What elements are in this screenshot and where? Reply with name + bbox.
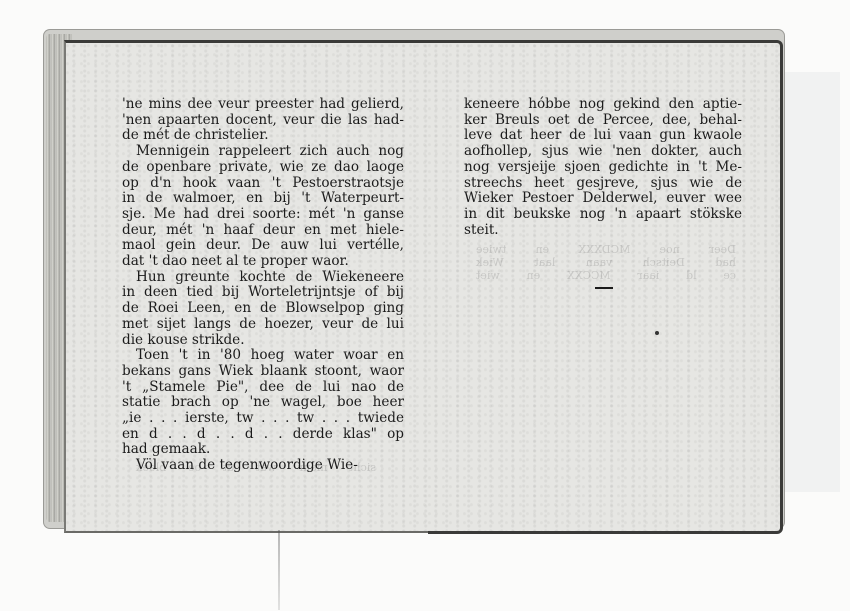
- scanned-book-spread: sicht nieur wat dt oe bleek 'ne mins dee…: [0, 0, 850, 611]
- text-line: sje. Me had drei soorte: mét 'n ganse: [122, 207, 404, 223]
- text-line: bekans gans Wiek blaank stoont, waor: [122, 364, 404, 380]
- text-line: Wieker Pestoer Delderwel, euver wee: [464, 191, 742, 207]
- paper-fold-crease: [278, 530, 280, 610]
- section-separator-dash: [595, 287, 613, 289]
- text-line: streechs heet gesjreve, sjus wie de: [464, 176, 742, 192]
- left-page-text: 'ne mins dee veur preester had gelierd,'…: [122, 97, 404, 474]
- text-line: statie brach op 'ne wagel, boe heer: [122, 395, 404, 411]
- text-line: in deen tied bij Worteletrijntsje of bij: [122, 285, 404, 301]
- text-line: Mennigein rappeleert zich auch nog: [122, 144, 404, 160]
- text-line: de Roei Leen, en de Blowselpop ging: [122, 301, 404, 317]
- bleed-through-text-right: Deer noe MCDXXX en twiee had Deitsch vaa…: [476, 243, 736, 282]
- text-line: 't „Stamele Pie", dee de lui nao de: [122, 380, 404, 396]
- text-line: nog versjeije sjoen gedichte in 't Me-: [464, 160, 742, 176]
- text-line: Hun greunte kochte de Wiekeneere: [122, 270, 404, 286]
- text-line: 'ne mins dee veur preester had gelierd,: [122, 97, 404, 113]
- right-page: Deer noe MCDXXX en twiee had Deitsch vaa…: [428, 40, 783, 534]
- text-line: leve dat heer de lui vaan gun kwaole: [464, 128, 742, 144]
- text-line: in dit beukske nog 'n apaart stökske: [464, 207, 742, 223]
- background-page-ghost: [780, 72, 840, 492]
- text-line: op d'n hook vaan 't Pestoerstraotsje: [122, 176, 404, 192]
- text-line: 'nen apaarten docent, veur die las had-: [122, 113, 404, 129]
- text-line: keneere hóbbe nog gekind den aptie-: [464, 97, 742, 113]
- text-line: ker Breuls oet de Percee, dee, behal-: [464, 113, 742, 129]
- text-line: met sijet langs de hoezer, veur de lui: [122, 317, 404, 333]
- text-line: de openbare private, wie ze dao laoge: [122, 160, 404, 176]
- text-line: de mét de christelier.: [122, 128, 404, 144]
- text-line: deur, mét 'n haaf deur en met hiele-: [122, 223, 404, 239]
- text-line: maol gein deur. De auw lui vertélle,: [122, 238, 404, 254]
- left-page: sicht nieur wat dt oe bleek 'ne mins dee…: [64, 40, 430, 533]
- right-page-text: keneere hóbbe nog gekind den aptie-ker B…: [464, 97, 742, 238]
- text-line: die kouse strikde.: [122, 333, 404, 349]
- text-line: steit.: [464, 223, 742, 239]
- text-line: aofhollep, sjus wie 'nen dokter, auch: [464, 144, 742, 160]
- text-line: had gemaak.: [122, 442, 404, 458]
- text-line: en d . . d . . d . . derde klas" op: [122, 427, 404, 443]
- text-line: „ie . . . ierste, tw . . . tw . . . twie…: [122, 411, 404, 427]
- text-line: Völ vaan de tegenwoordige Wie-: [122, 458, 404, 474]
- speck-mark: [655, 331, 659, 335]
- text-line: dat 't dao neet al te proper waor.: [122, 254, 404, 270]
- text-line: Toen 't in '80 hoeg water woar en: [122, 348, 404, 364]
- text-line: in de walmoer, en bij 't Waterpeurt-: [122, 191, 404, 207]
